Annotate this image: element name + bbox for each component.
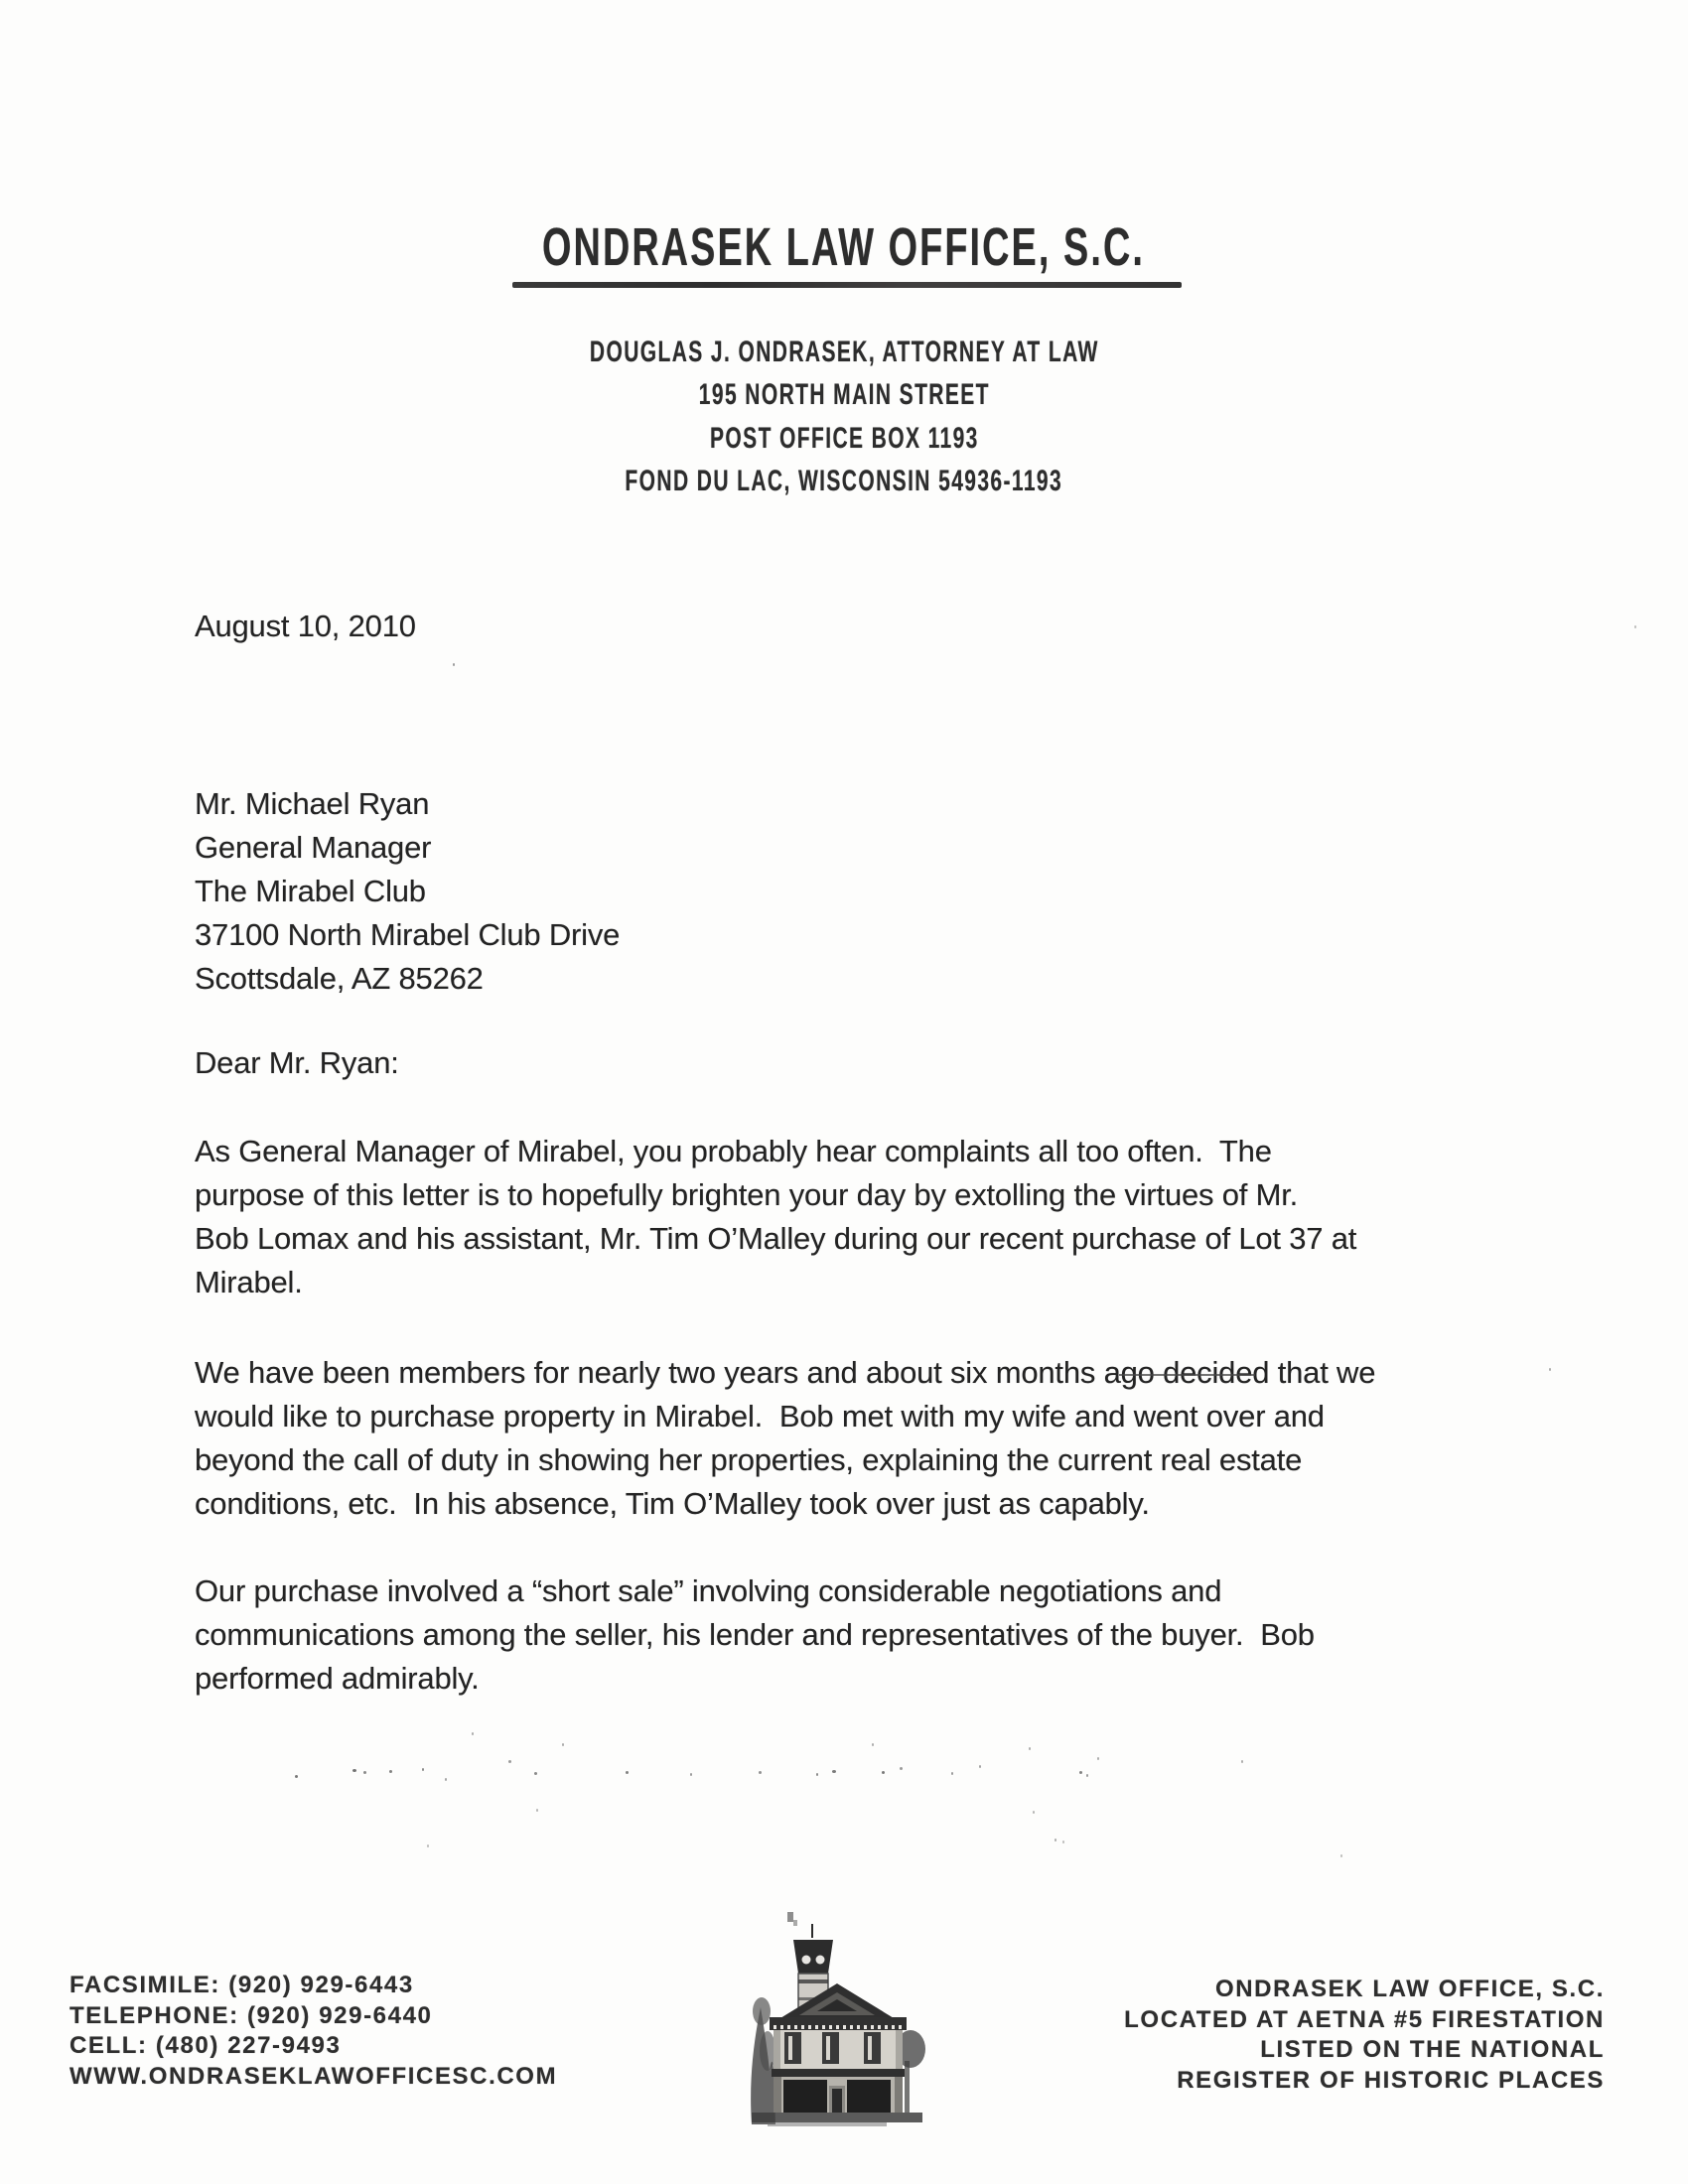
letter-date: August 10, 2010	[195, 605, 416, 648]
letterhead-attorney-text: DOUGLAS J. ONDRASEK, ATTORNEY AT LAW	[590, 336, 1099, 369]
firestation-photo	[748, 1912, 928, 2132]
letterhead-rule	[512, 282, 1182, 288]
paragraph-2: We have been members for nearly two year…	[195, 1351, 1375, 1526]
paragraph-3: Our purchase involved a “short sale” inv…	[195, 1570, 1315, 1701]
letterhead-pobox-line: POST OFFICE BOX 1193	[0, 422, 1688, 456]
letterhead-attorney-line: DOUGLAS J. ONDRASEK, ATTORNEY AT LAW	[0, 336, 1688, 369]
letterhead-firm-name-text: ONDRASEK LAW OFFICE, S.C.	[543, 216, 1146, 278]
salutation: Dear Mr. Ryan:	[195, 1041, 399, 1085]
letterhead-street-line: 195 NORTH MAIN STREET	[0, 378, 1688, 412]
scanned-letter-page: ONDRASEK LAW OFFICE, S.C. DOUGLAS J. OND…	[0, 0, 1688, 2184]
letterhead-firm-name: ONDRASEK LAW OFFICE, S.C.	[0, 216, 1688, 278]
letterhead-city-text: FOND DU LAC, WISCONSIN 54936-1193	[626, 465, 1063, 498]
letterhead-street-text: 195 NORTH MAIN STREET	[698, 378, 989, 412]
letterhead-city-line: FOND DU LAC, WISCONSIN 54936-1193	[0, 465, 1688, 498]
scan-artifact-line	[1119, 1374, 1255, 1376]
footer-contact-block: FACSIMILE: (920) 929-6443 TELEPHONE: (92…	[70, 1971, 557, 2092]
recipient-address-block: Mr. Michael Ryan General Manager The Mir…	[195, 782, 620, 1001]
paragraph-1: As General Manager of Mirabel, you proba…	[195, 1130, 1356, 1304]
footer-historic-block: ONDRASEK LAW OFFICE, S.C. LOCATED AT AET…	[1124, 1975, 1605, 2096]
letterhead-pobox-text: POST OFFICE BOX 1193	[710, 422, 979, 456]
